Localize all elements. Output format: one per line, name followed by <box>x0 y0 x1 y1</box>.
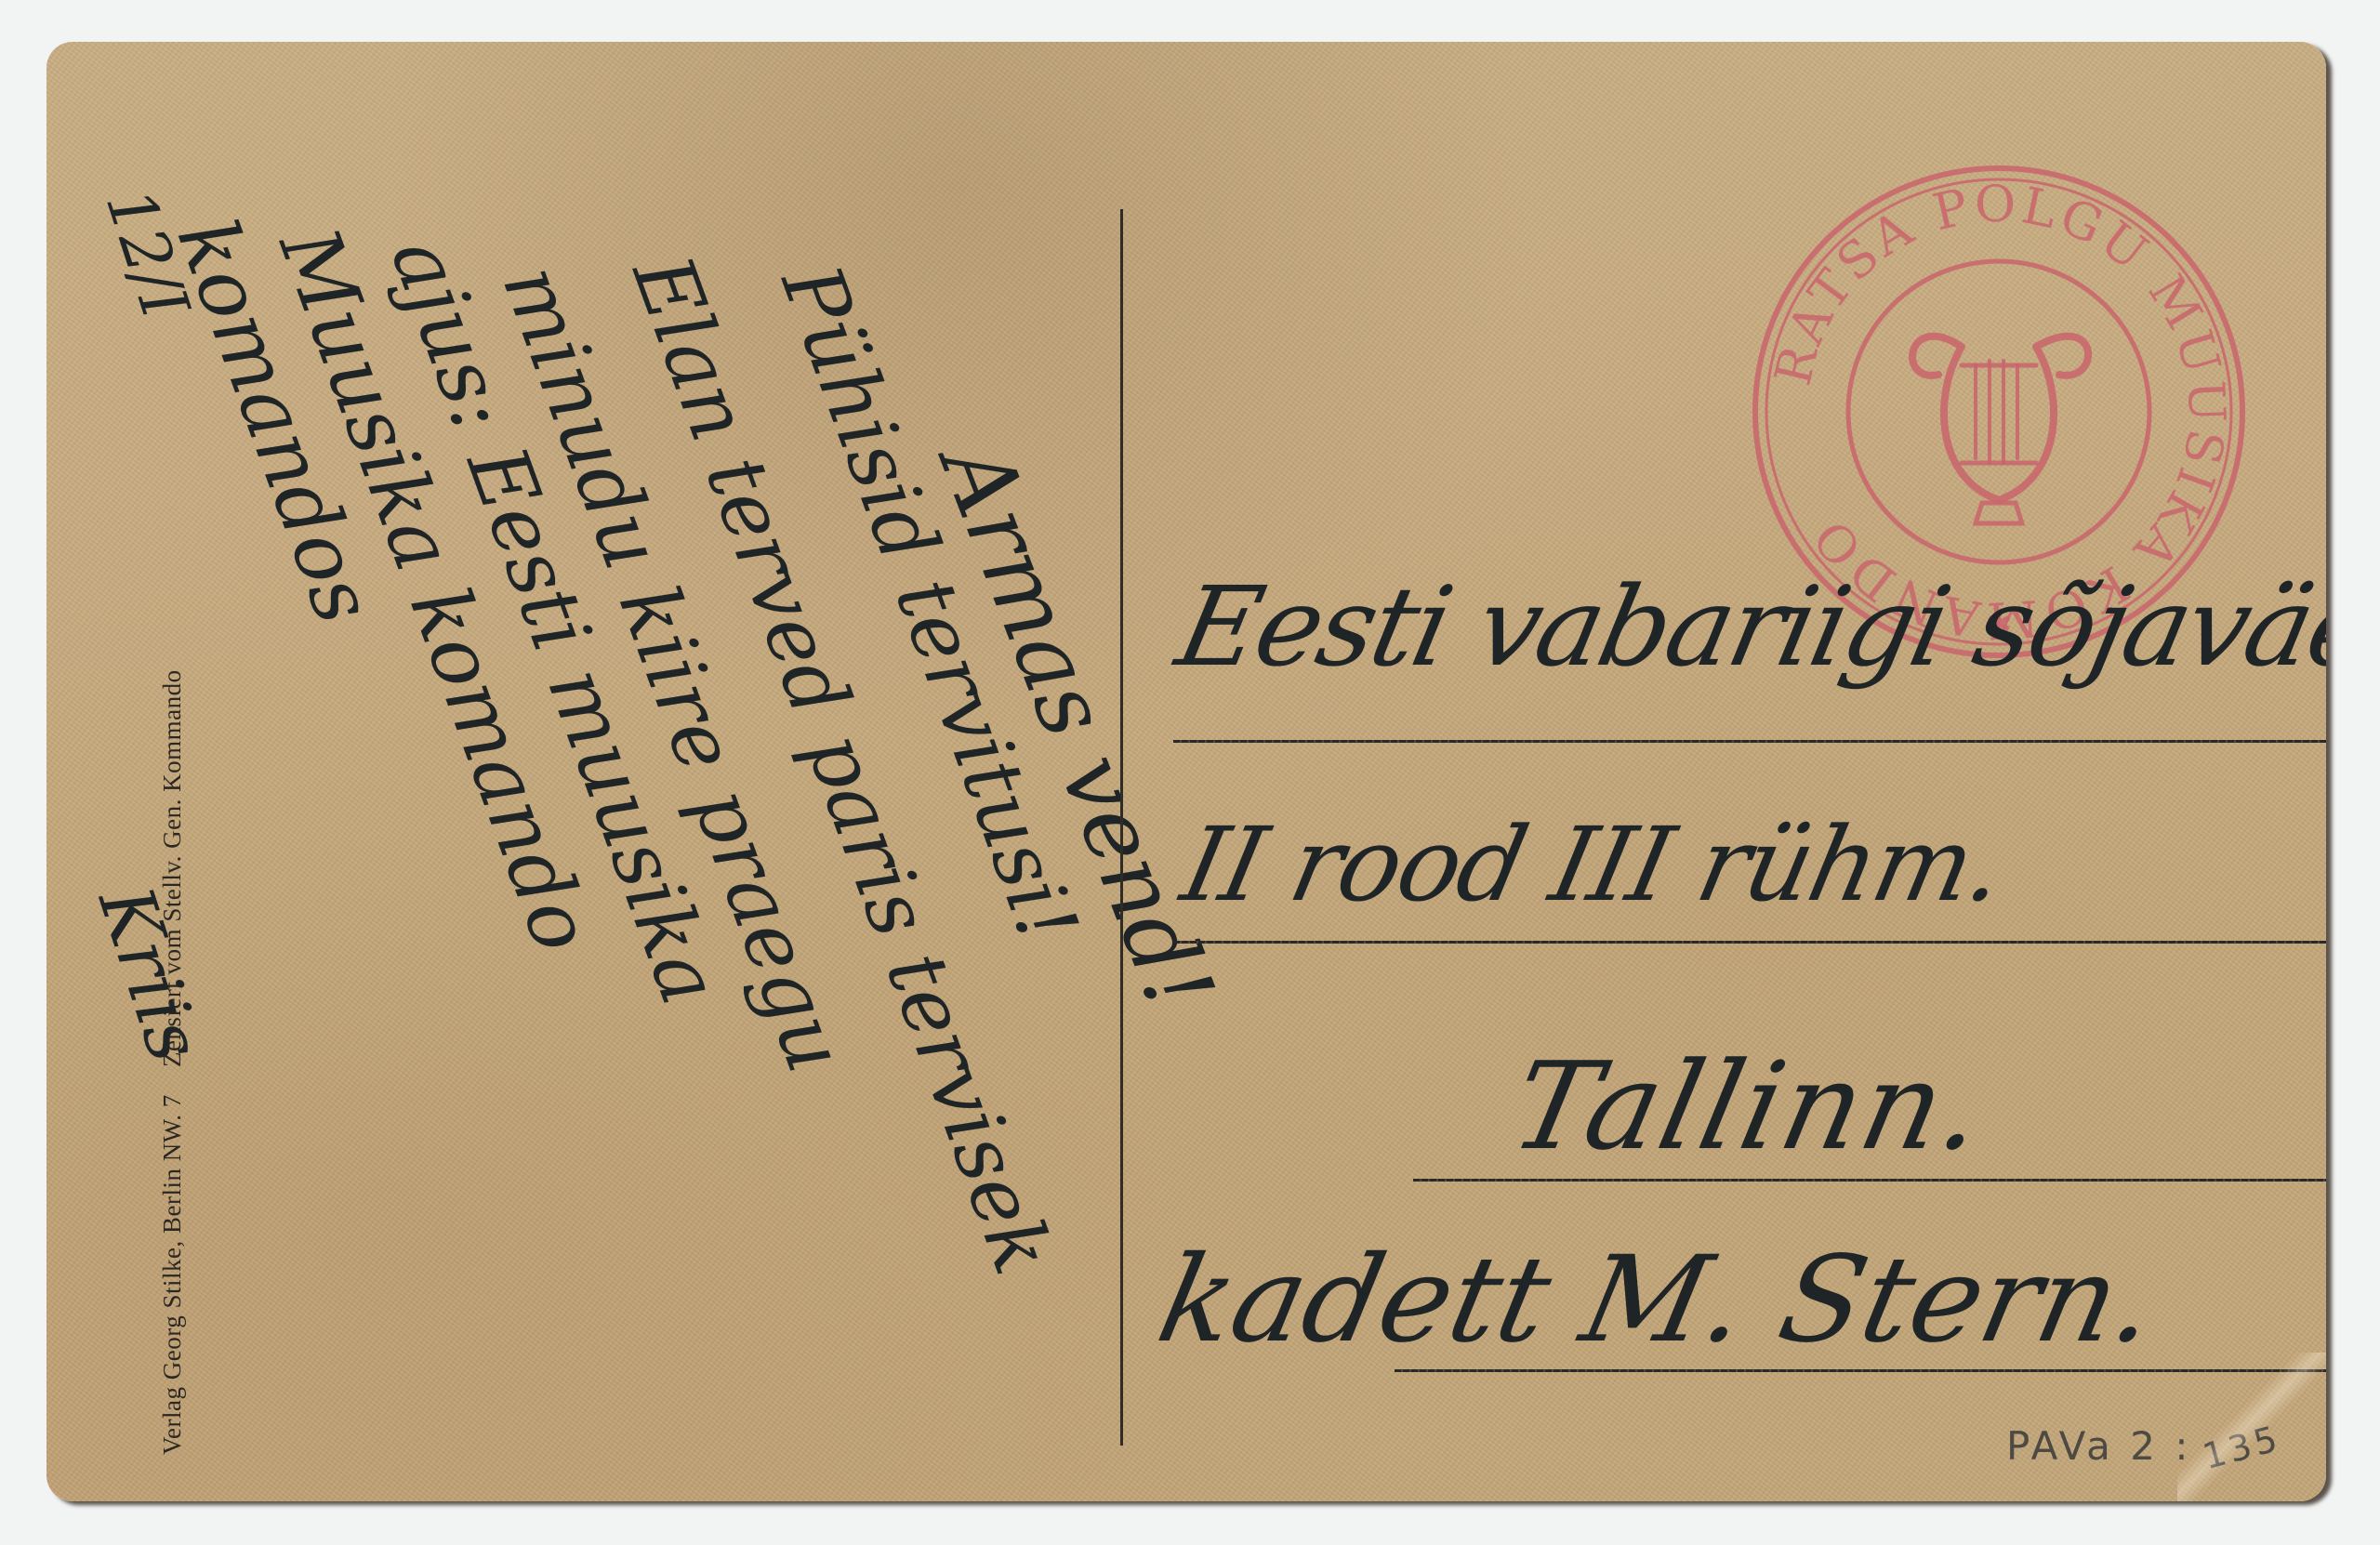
message-signature: Kriis <box>87 878 213 1070</box>
corner-crease <box>2177 1353 2326 1501</box>
postcard: Verlag Georg Stilke, Berlin NW. 7 Zensie… <box>46 42 2326 1501</box>
address-line-recipient: kadett M. Stern. <box>1149 1241 2166 1360</box>
address-rule <box>1413 1179 2326 1182</box>
message-address-divider <box>1120 209 1123 1446</box>
address-line-city: Tallinn. <box>1502 1046 1996 1167</box>
address-rule <box>1173 941 2326 944</box>
address-line-company: II rood III rühm. <box>1174 813 2012 916</box>
lyre-icon <box>1912 337 2088 523</box>
address-rule <box>1173 740 2326 743</box>
address-line-unit: Eesti vabariigi sõjaväed <box>1169 572 2326 681</box>
publisher-text: Verlag Georg Stilke, Berlin NW. 7 <box>158 1094 186 1455</box>
archive-code: PAVa 2 : <box>2006 1423 2191 1469</box>
message-date: 12/I <box>96 181 198 325</box>
